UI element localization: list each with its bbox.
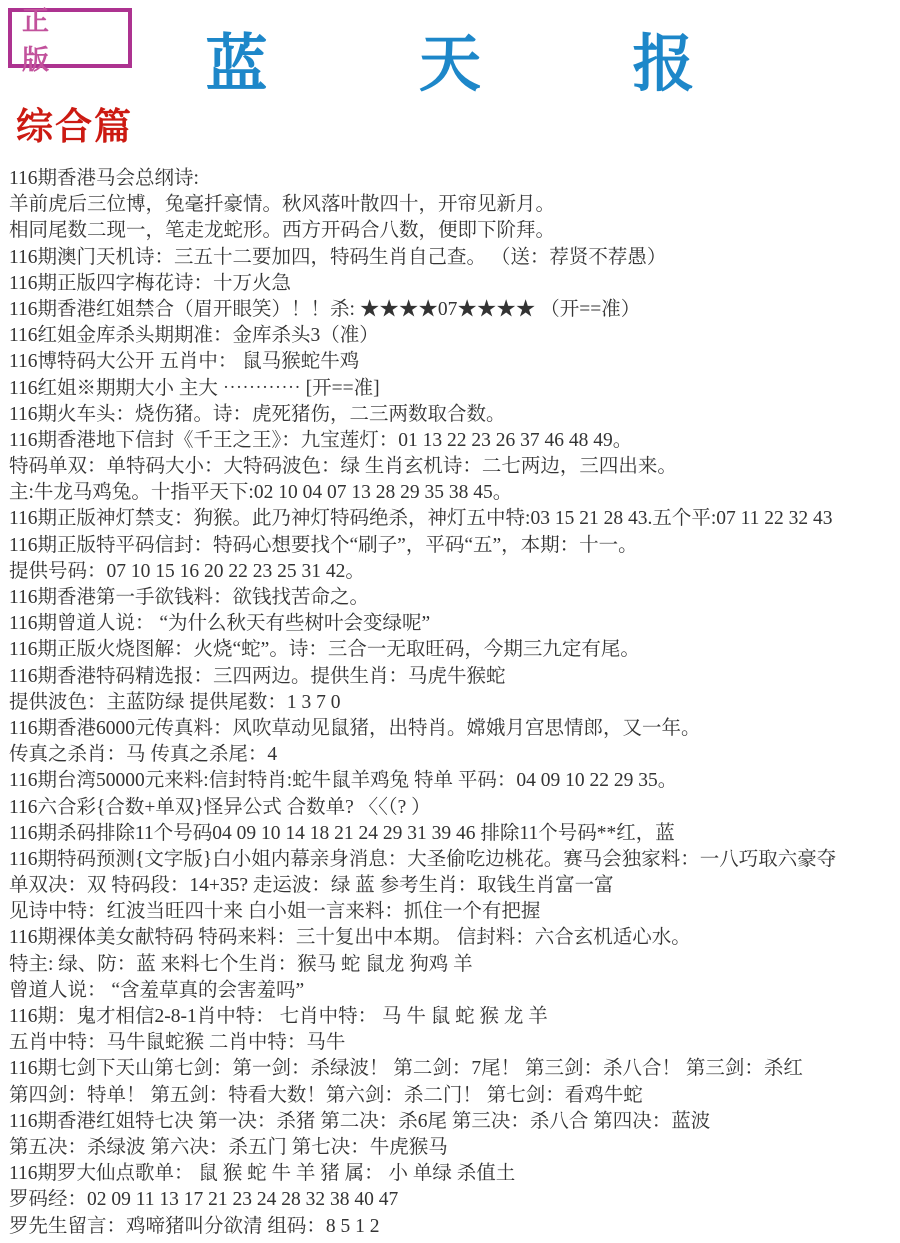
report-line: 单双决：双 特码段：14+35? 走运波：绿 蓝 参考生肖：取钱生肖富一富	[9, 873, 896, 899]
report-line: 116期罗大仙点歌单： 鼠 猴 蛇 牛 羊 猪 属： 小 单绿 杀值土	[9, 1161, 896, 1187]
report-line: 特码单双：单特码大小：大特码波色：绿 生肖玄机诗：二七两边，三四出来。	[9, 454, 896, 480]
report-line: 116期香港特码精选报：三四两边。提供生肖：马虎牛猴蛇	[9, 664, 896, 690]
report-line: 116期香港6000元传真料：风吹草动见鼠猪，出特肖。嫦娥月宫思情郎，又一年。	[9, 716, 896, 742]
report-line: 第四剑：特单！ 第五剑：特看大数！第六剑：杀二门！ 第七剑：看鸡牛蛇	[9, 1083, 896, 1109]
report-line: 116期特码预测{文字版}白小姐内幕亲身消息：大圣偷吃边桃花。赛马会独家料：一八…	[9, 847, 896, 873]
report-line: 116期正版火烧图解：火烧“蛇”。诗：三合一无取旺码，今期三九定有尾。	[9, 637, 896, 663]
section-title: 综合篇	[16, 96, 133, 150]
report-line: 116期香港马会总纲诗:	[9, 166, 896, 192]
report-line: 116期曾道人说： “为什么秋天有些树叶会变绿呢”	[9, 611, 896, 637]
report-line: 116博特码大公开 五肖中： 鼠马猴蛇牛鸡	[9, 349, 896, 375]
report-line: 116期香港红姐禁合（眉开眼笑）！！杀: ★★★★07★★★★ （开==准）	[9, 297, 896, 323]
report-line: 116期正版神灯禁支：狗猴。此乃神灯特码绝杀，神灯五中特:03 15 21 28…	[9, 506, 896, 532]
report-line: 116期台湾50000元来料:信封特肖:蛇牛鼠羊鸡兔 特单 平码：04 09 1…	[9, 768, 896, 794]
report-line: 116期火车头：烧伤猪。诗：虎死猪伤，二三两数取合数。	[9, 402, 896, 428]
report-line: 主:牛龙马鸡兔。十指平天下:02 10 04 07 13 28 29 35 38…	[9, 480, 896, 506]
report-line: 116红姐※期期大小 主大 ⋯⋯⋯⋯ [开==准]	[9, 376, 896, 402]
report-line: 116期正版特平码信封：特码心想要找个“刷子”，平码“五”，本期：十一。	[9, 533, 896, 559]
page-title: 蓝 天 报	[0, 14, 900, 103]
report-line: 116期杀码排除11个号码04 09 10 14 18 21 24 29 31 …	[9, 821, 896, 847]
report-line: 116期：鬼才相信2-8-1肖中特： 七肖中特： 马 牛 鼠 蛇 猴 龙 羊	[9, 1004, 896, 1030]
report-body: 116期香港马会总纲诗:羊前虎后三位博，兔毫扦豪情。秋风落叶散四十，开帘见新月。…	[9, 166, 896, 1240]
report-line: 116期香港地下信封《千王之王》：九宝莲灯：01 13 22 23 26 37 …	[9, 428, 896, 454]
report-line: 第五决：杀绿波 第六决：杀五门 第七决：牛虎猴马	[9, 1135, 896, 1161]
report-line: 五肖中特：马牛鼠蛇猴 二肖中特：马牛	[9, 1030, 896, 1056]
report-line: 羊前虎后三位博，兔毫扦豪情。秋风落叶散四十，开帘见新月。	[9, 192, 896, 218]
report-line: 提供号码：07 10 15 16 20 22 23 25 31 42。	[9, 559, 896, 585]
report-line: 见诗中特：红波当旺四十来 白小姐一言来料：抓住一个有把握	[9, 899, 896, 925]
report-line: 116六合彩{合数+单双}怪异公式 合数单? 〈〈（? ）	[9, 795, 896, 821]
report-line: 116红姐金库杀头期期准：金库杀头3（准）	[9, 323, 896, 349]
report-line: 相同尾数二现一，笔走龙蛇形。西方开码合八数，便即下阶拜。	[9, 218, 896, 244]
report-line: 116期裸体美女献特码 特码来料：三十复出中本期。 信封料：六合玄机适心水。	[9, 925, 896, 951]
report-line: 特主: 绿、防：蓝 来料七个生肖：猴马 蛇 鼠龙 狗鸡 羊	[9, 952, 896, 978]
report-line: 116期正版四字梅花诗：十万火急	[9, 271, 896, 297]
report-line: 罗先生留言：鸡啼猪叫分欲清 组码：8 5 1 2	[9, 1214, 896, 1240]
report-line: 传真之杀肖：马 传真之杀尾：4	[9, 742, 896, 768]
report-page: 正 版 蓝 天 报 综合篇 116期香港马会总纲诗:羊前虎后三位博，兔毫扦豪情。…	[0, 0, 900, 1243]
report-line: 提供波色：主蓝防绿 提供尾数：1 3 7 0	[9, 690, 896, 716]
report-line: 116期香港第一手欲钱料：欲钱找苦命之。	[9, 585, 896, 611]
report-line: 116期七剑下天山第七剑：第一剑：杀绿波！ 第二剑：7尾！ 第三剑：杀八合！ 第…	[9, 1056, 896, 1082]
report-line: 罗码经：02 09 11 13 17 21 23 24 28 32 38 40 …	[9, 1187, 896, 1213]
report-line: 116期香港红姐特七决 第一决：杀猪 第二决：杀6尾 第三决：杀八合 第四决：蓝…	[9, 1109, 896, 1135]
report-line: 116期澳门天机诗：三五十二要加四，特码生肖自己查。 （送：荐贤不荐愚）	[9, 245, 896, 271]
report-line: 曾道人说： “含羞草真的会害羞吗”	[9, 978, 896, 1004]
